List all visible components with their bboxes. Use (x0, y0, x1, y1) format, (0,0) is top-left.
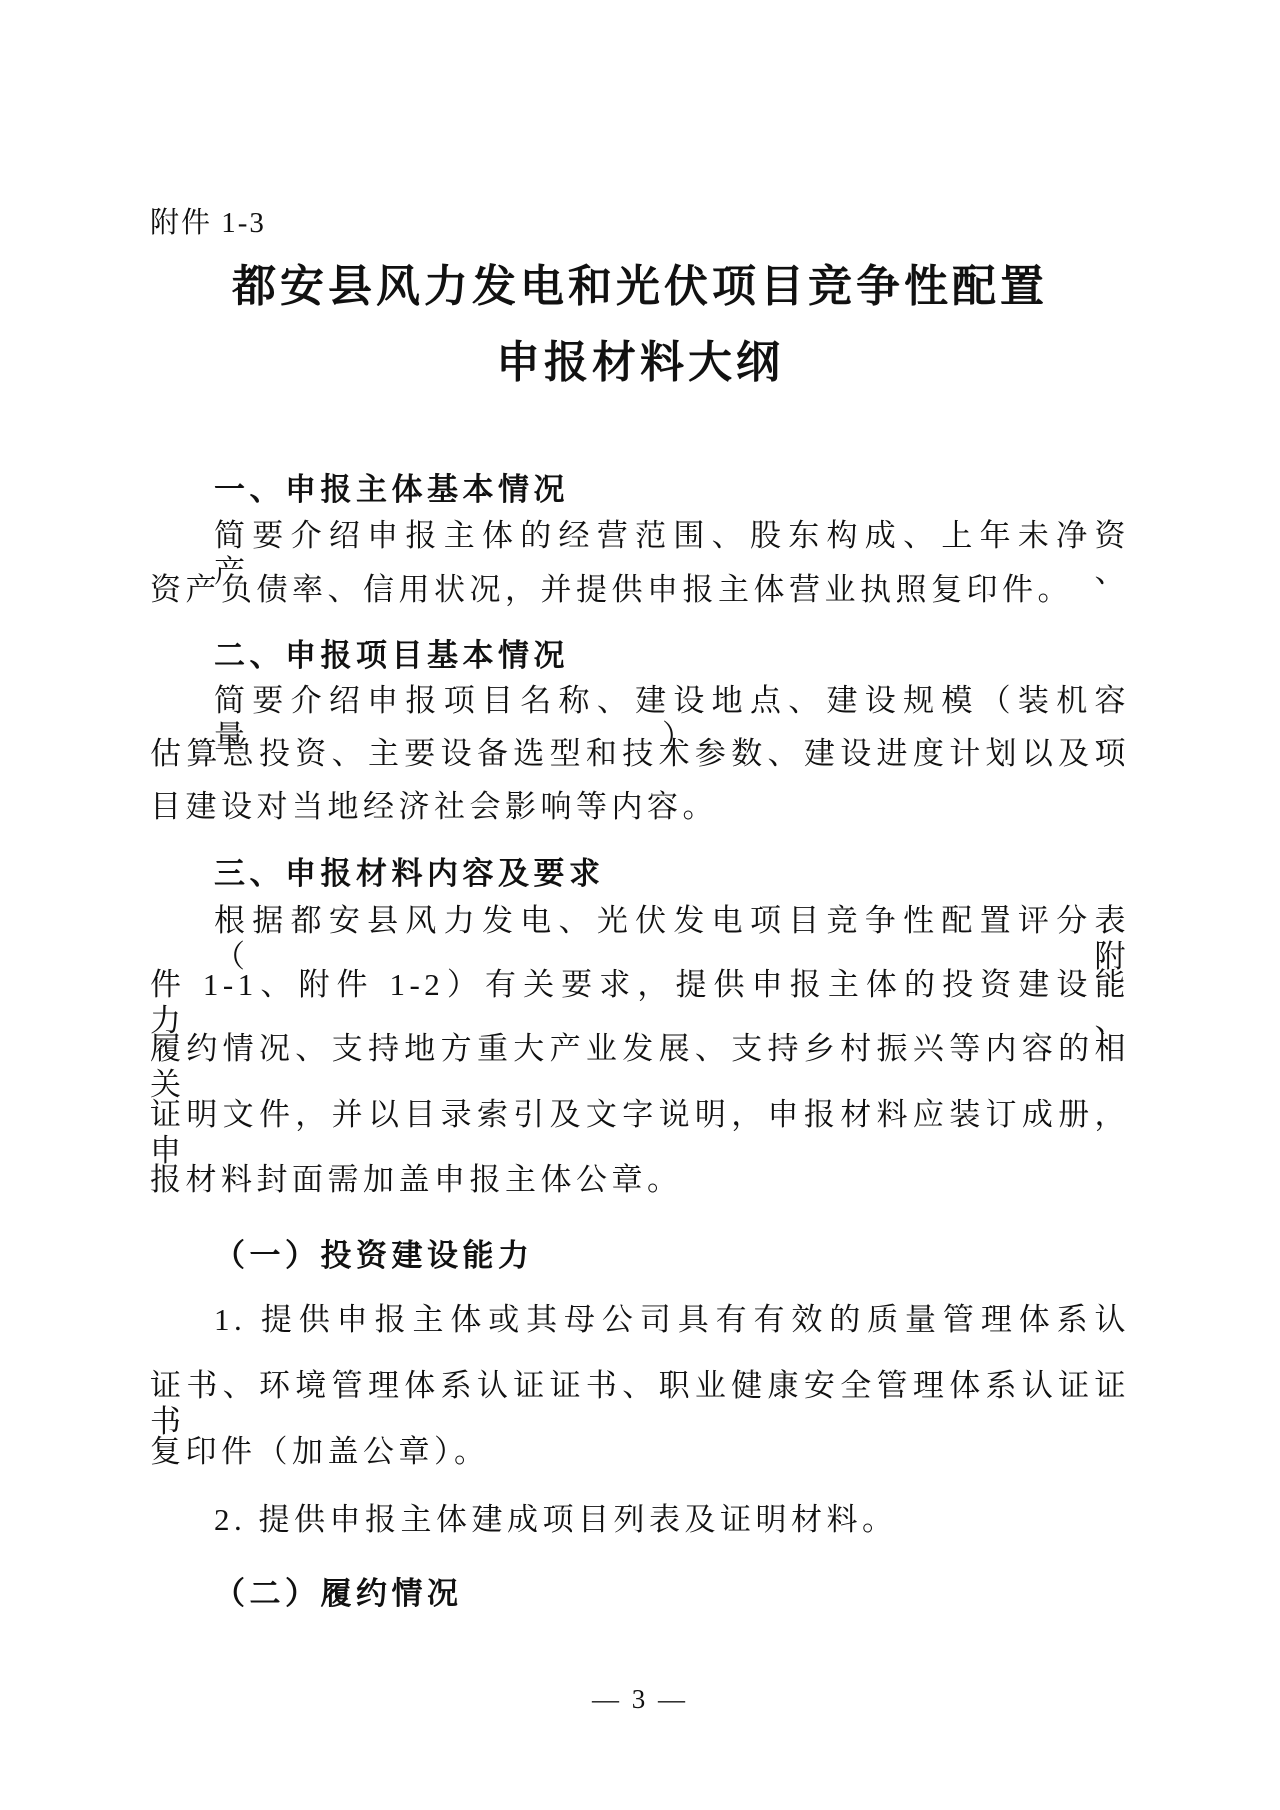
section-heading-1: 一、申报主体基本情况 (214, 464, 569, 509)
section-heading-2: 二、申报项目基本情况 (214, 630, 569, 675)
document-title-line-2: 申报材料大纲 (150, 326, 1130, 390)
subsection-heading-2: （二）履约情况 (214, 1568, 463, 1613)
body-line: 履约情况、支持地方重大产业发展、支持乡村振兴等内容的相关 (150, 1031, 1130, 1103)
body-line: 根据都安县风力发电、光伏发电项目竞争性配置评分表（附 (150, 903, 1130, 975)
body-line: 件 1-1、附件 1-2）有关要求，提供申报主体的投资建设能力、 (150, 967, 1130, 1039)
section-heading-3: 三、申报材料内容及要求 (214, 848, 605, 893)
attachment-label: 附件 1-3 (150, 200, 266, 241)
body-line: 2. 提供申报主体建成项目列表及证明材料。 (150, 1502, 1130, 1538)
body-line: 资产负债率、信用状况，并提供申报主体营业执照复印件。 (150, 572, 1130, 608)
body-line: 复印件（加盖公章）。 (150, 1434, 1130, 1470)
document-page: 附件 1-3 都安县风力发电和光伏项目竞争性配置 申报材料大纲 一、申报主体基本… (0, 0, 1280, 1810)
body-line: 1. 提供申报主体或其母公司具有有效的质量管理体系认 (150, 1302, 1130, 1338)
body-line: 证书、环境管理体系认证证书、职业健康安全管理体系认证证书 (150, 1368, 1130, 1440)
body-line: 报材料封面需加盖申报主体公章。 (150, 1162, 1130, 1198)
body-line: 证明文件，并以目录索引及文字说明，申报材料应装订成册，申 (150, 1097, 1130, 1169)
page-number: — 3 — (150, 1684, 1130, 1715)
document-title-line-1: 都安县风力发电和光伏项目竞争性配置 (150, 250, 1130, 314)
body-line: 目建设对当地经济社会影响等内容。 (150, 789, 1130, 825)
subsection-heading-1: （一）投资建设能力 (214, 1230, 534, 1275)
body-line: 估算总投资、主要设备选型和技术参数、建设进度计划以及项 (150, 736, 1130, 772)
